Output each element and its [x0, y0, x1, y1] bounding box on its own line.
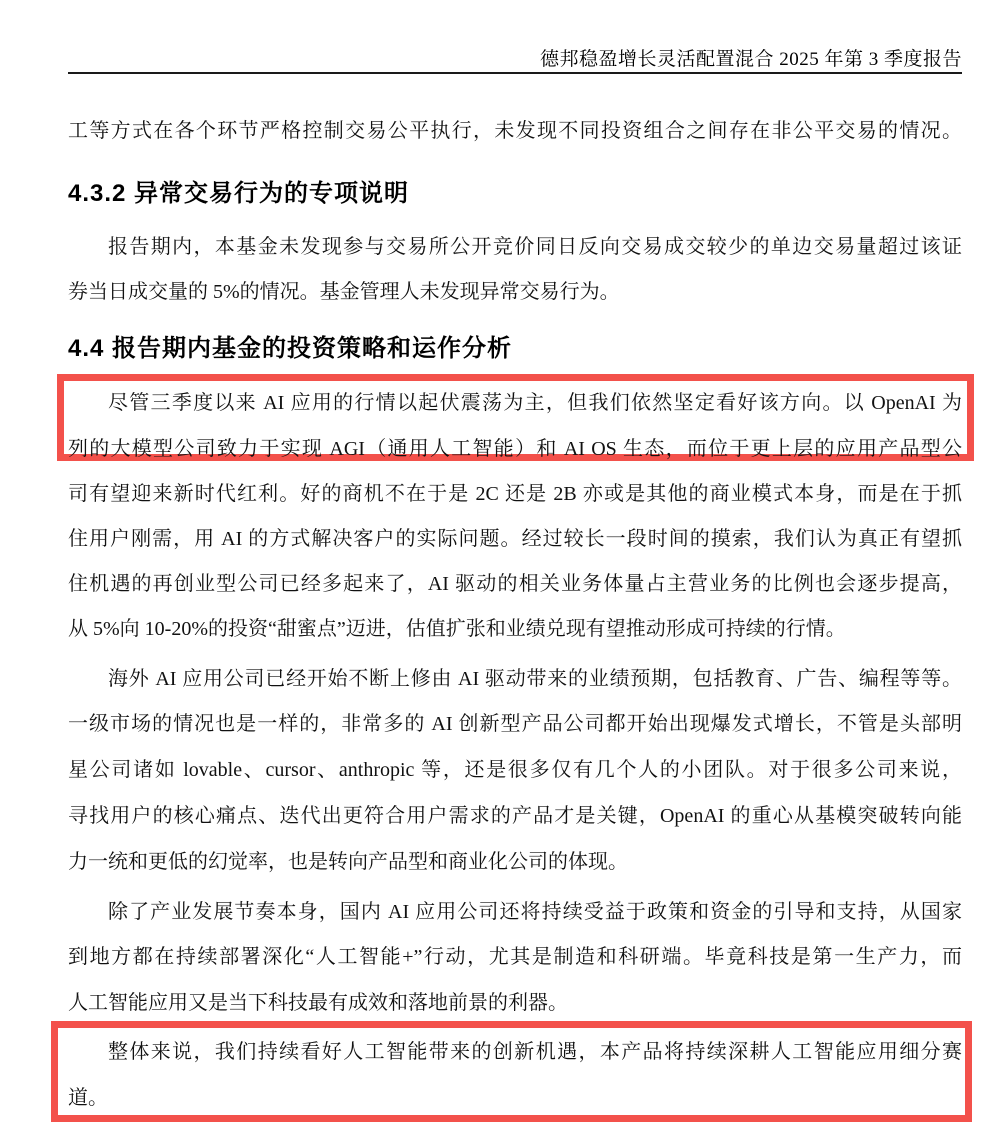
section-4-4-heading: 4.4 报告期内基金的投资策略和运作分析 [68, 334, 962, 364]
paragraph-line: 住机遇的再创业型公司已经多起来了，AI 驱动的相关业务体量占主营业务的比例也会逐… [68, 569, 962, 599]
highlighted-paragraph-line: 整体来说，我们持续看好人工智能带来的创新机遇，本产品将持续深耕人工智能应用细分赛 [68, 1037, 962, 1067]
paragraph-line: 除了产业发展节奏本身，国内 AI 应用公司还将持续受益于政策和资金的引导和支持，… [68, 897, 962, 927]
paragraph-line: 人工智能应用又是当下科技最有成效和落地前景的利器。 [68, 988, 962, 1018]
paragraph-line: 力一统和更低的幻觉率，也是转向产品型和商业化公司的体现。 [68, 847, 962, 877]
paragraph-line: 星公司诸如 lovable、cursor、anthropic 等，还是很多仅有几… [68, 755, 962, 785]
report-page: 德邦稳盈增长灵活配置混合 2025 年第 3 季度报告 工等方式在各个环节严格控… [0, 0, 988, 1132]
paragraph-line: 工等方式在各个环节严格控制交易公平执行，未发现不同投资组合之间存在非公平交易的情… [68, 116, 962, 146]
highlighted-paragraph-line: 尽管三季度以来 AI 应用的行情以起伏震荡为主，但我们依然坚定看好该方向。以 O… [68, 388, 962, 418]
paragraph-line: 从 5%向 10-20%的投资“甜蜜点”迈进，估值扩张和业绩兑现有望推动形成可持… [68, 614, 962, 644]
paragraph-line: 报告期内，本基金未发现参与交易所公开竞价同日反向交易成交较少的单边交易量超过该证 [68, 232, 962, 262]
page-header-title: 德邦稳盈增长灵活配置混合 2025 年第 3 季度报告 [540, 44, 962, 71]
section-4-3-2-heading: 4.3.2 异常交易行为的专项说明 [68, 179, 962, 209]
paragraph-line: 到地方都在持续部署深化“人工智能+”行动，尤其是制造和科研端。毕竟科技是第一生产… [68, 942, 962, 972]
paragraph-line: 券当日成交量的 5%的情况。基金管理人未发现异常交易行为。 [68, 277, 962, 307]
paragraph-line: 一级市场的情况也是一样的，非常多的 AI 创新型产品公司都开始出现爆发式增长，不… [68, 709, 962, 739]
paragraph-line: 海外 AI 应用公司已经开始不断上修由 AI 驱动带来的业绩预期，包括教育、广告… [68, 664, 962, 694]
header-divider-line [68, 72, 962, 74]
paragraph-line: 住用户刚需，用 AI 的方式解决客户的实际问题。经过较长一段时间的摸索，我们认为… [68, 524, 962, 554]
paragraph-line: 司有望迎来新时代红利。好的商机不在于是 2C 还是 2B 亦或是其他的商业模式本… [68, 479, 962, 509]
highlighted-paragraph-line: 道。 [68, 1083, 962, 1113]
paragraph-line: 寻找用户的核心痛点、迭代出更符合用户需求的产品才是关键，OpenAI 的重心从基… [68, 801, 962, 831]
highlighted-paragraph-line: 列的大模型公司致力于实现 AGI（通用人工智能）和 AI OS 生态，而位于更上… [68, 434, 962, 464]
